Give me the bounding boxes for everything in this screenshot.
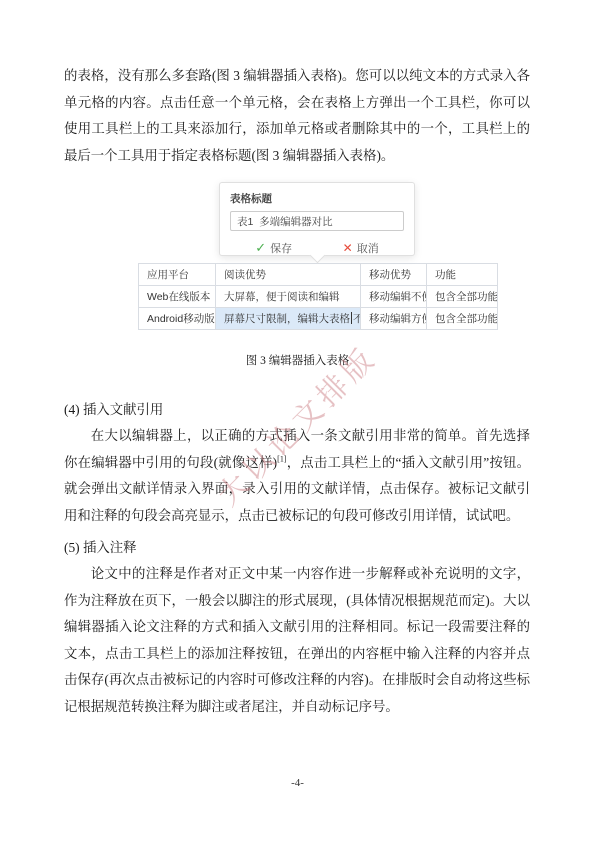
document-page: 的表格，没有那么多套路(图 3 编辑器插入表格)。您可以以纯文本的方式录入各单元… xyxy=(0,0,595,842)
section-heading-4: (4) 插入文献引用 xyxy=(64,400,163,420)
table-title-input[interactable] xyxy=(230,211,404,231)
section-paragraph-4: 在大以编辑器上，以正确的方式插入一条文献引用非常的简单。首先选择你在编辑器中引用… xyxy=(64,423,530,529)
comparison-table: 应用平台 阅读优势 移动优势 功能 Web在线版本 大屏幕，便于阅读和编辑 移动… xyxy=(138,263,498,330)
table-cell[interactable]: 移动编辑不便 xyxy=(361,286,427,308)
table-cell[interactable]: 包含全部功能 xyxy=(427,308,498,330)
section-paragraph-5: 论文中的注释是作者对正文中某一内容作进一步解释或补充说明的文字，作为注释放在页下… xyxy=(64,561,530,720)
cancel-button-label: 取消 xyxy=(357,240,379,256)
table-cell[interactable]: 包含全部功能 xyxy=(427,286,498,308)
page-number: -4- xyxy=(0,777,595,789)
cancel-button[interactable]: ✕ 取消 xyxy=(343,240,379,256)
selected-text: 不便 xyxy=(353,313,361,325)
table-cell[interactable]: 移动编辑方便 xyxy=(361,308,427,330)
check-icon: ✓ xyxy=(255,240,266,256)
table-title-popup: 表格标题 ✓ 保存 ✕ 取消 xyxy=(219,182,415,256)
table-cell[interactable]: Web在线版本 xyxy=(139,286,216,308)
save-button-label: 保存 xyxy=(270,240,292,256)
selected-text: 屏幕尺寸限制，编辑大表格 xyxy=(224,313,350,325)
table-cell[interactable]: 大屏幕，便于阅读和编辑 xyxy=(216,286,361,308)
body-paragraph-top: 的表格，没有那么多套路(图 3 编辑器插入表格)。您可以以纯文本的方式录入各单元… xyxy=(64,63,530,169)
table-header-row: 应用平台 阅读优势 移动优势 功能 xyxy=(139,264,498,286)
table-header-cell: 应用平台 xyxy=(139,264,216,286)
table-header-cell: 功能 xyxy=(427,264,498,286)
table-row: Android移动版本 屏幕尺寸限制，编辑大表格不便 移动编辑方便 包含全部功能 xyxy=(139,308,498,330)
save-button[interactable]: ✓ 保存 xyxy=(255,240,292,256)
table-cell[interactable]: Android移动版本 xyxy=(139,308,216,330)
figure-caption: 图 3 编辑器插入表格 xyxy=(0,352,595,368)
popup-title: 表格标题 xyxy=(230,191,404,206)
selected-table-cell[interactable]: 屏幕尺寸限制，编辑大表格不便 xyxy=(216,308,361,330)
section-heading-5: (5) 插入注释 xyxy=(64,538,137,558)
table-row: Web在线版本 大屏幕，便于阅读和编辑 移动编辑不便 包含全部功能 xyxy=(139,286,498,308)
table-header-cell: 移动优势 xyxy=(361,264,427,286)
close-icon: ✕ xyxy=(343,241,353,255)
text-caret xyxy=(351,312,352,324)
table-header-cell: 阅读优势 xyxy=(216,264,361,286)
